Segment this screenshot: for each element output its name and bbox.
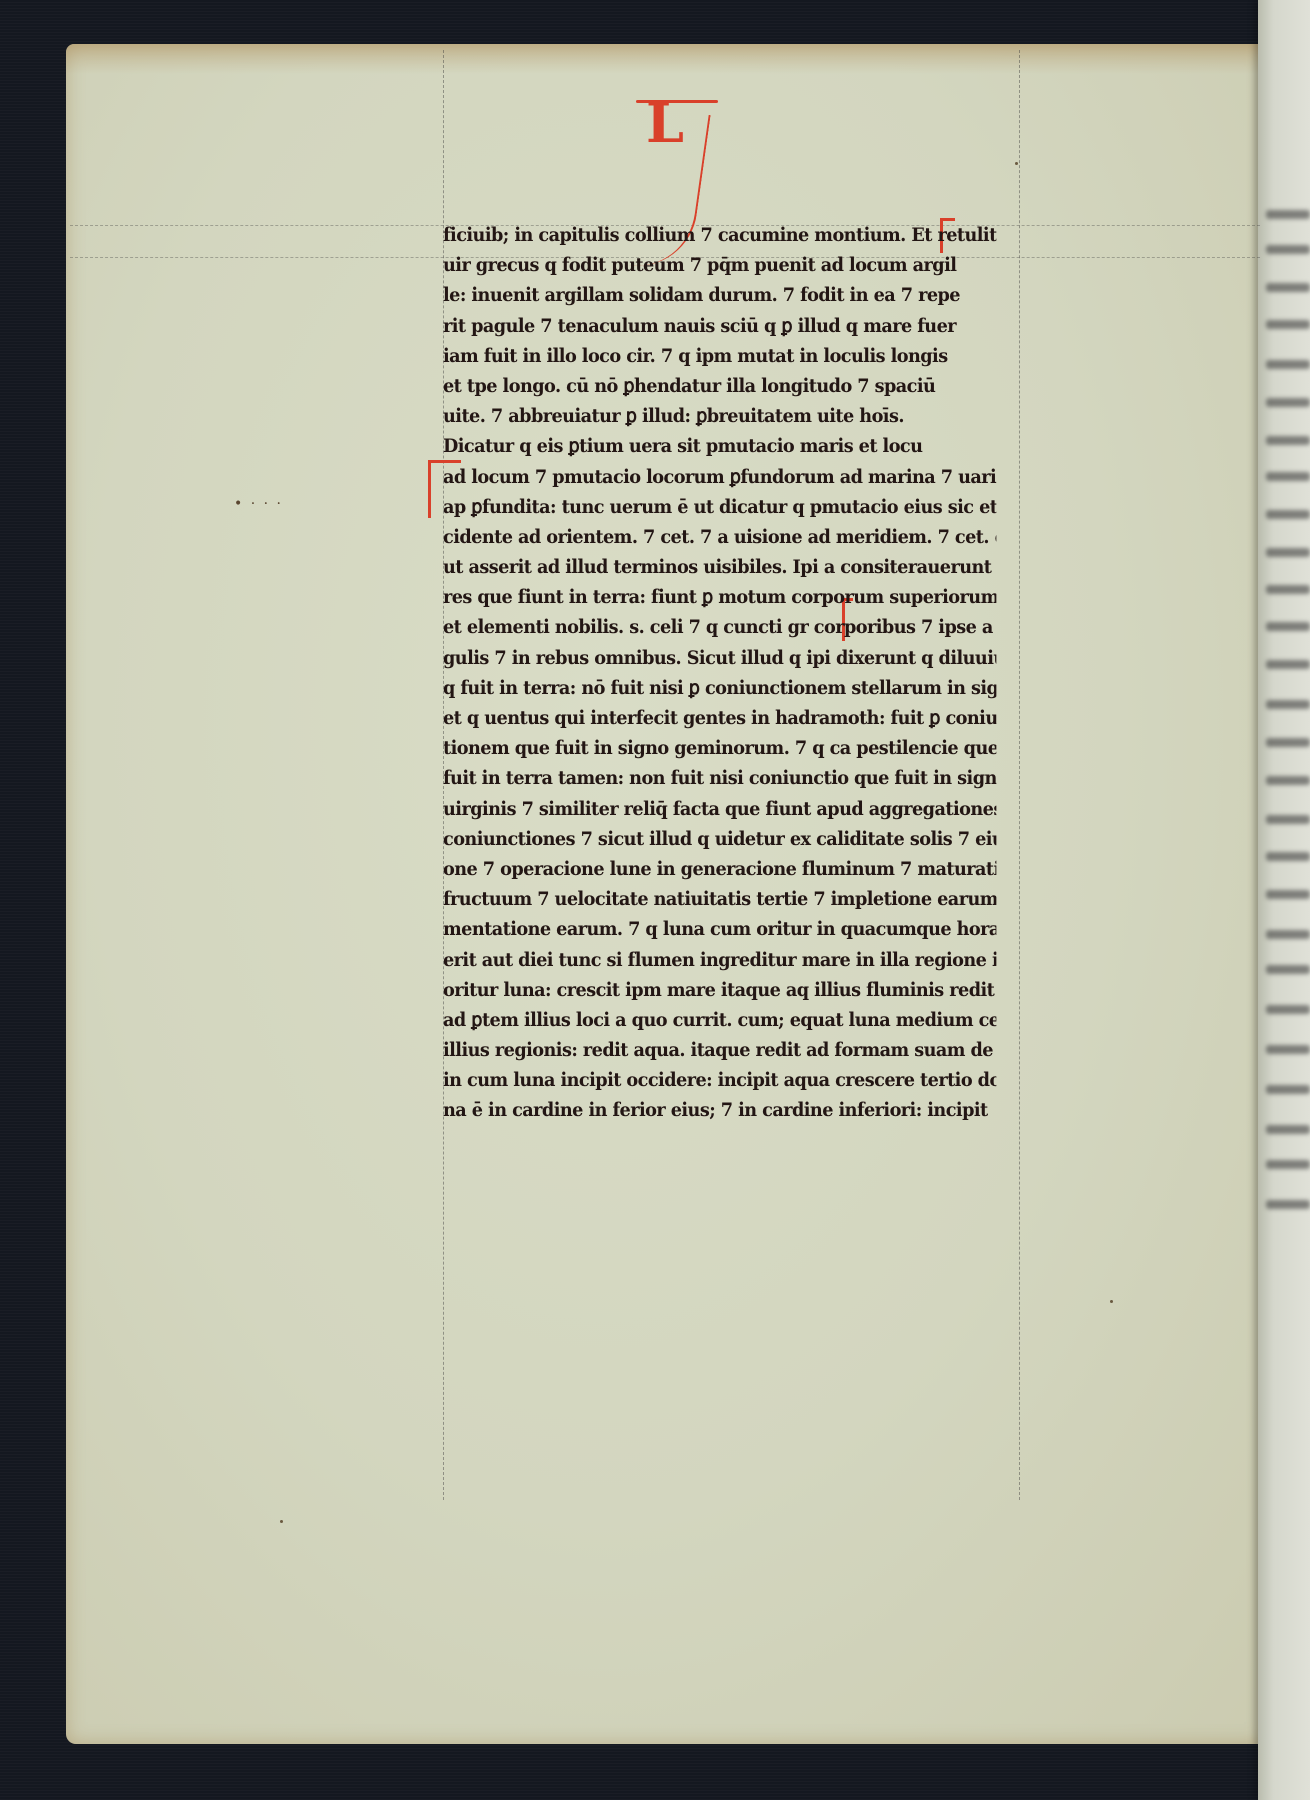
text-line: ad ꝑtem illius loci a quo currit. cum; e… [443, 1005, 996, 1035]
text-line: uite. 7 abbreuiatur ꝑ illud: ꝑbreuitatem… [443, 401, 996, 431]
text-line: one 7 operacione lune in generacione flu… [443, 854, 996, 884]
text-line: coniunctiones 7 sicut illud q uidetur ex… [443, 824, 996, 854]
text-line: na ē in cardine in ferior eius; 7 in car… [443, 1095, 996, 1125]
text-line: et elementi nobilis. s. celi 7 q cuncti … [443, 612, 996, 642]
text-line: Dicatur q eis ꝑtium uera sit pmutacio ma… [443, 431, 996, 461]
text-line: q fuit in terra: nō fuit nisi ꝑ coniunct… [443, 673, 996, 703]
text-line: illius regionis: redit aqua. itaque redi… [443, 1035, 996, 1065]
text-line: mentatione earum. 7 q luna cum oritur in… [443, 914, 996, 944]
text-line: ficiuib; in capitulis collium 7 cacumine… [443, 220, 996, 250]
text-line: gulis 7 in rebus omnibus. Sicut illud q … [443, 643, 996, 673]
text-line: res que fiunt in terra: fiunt ꝑ motum co… [443, 582, 996, 612]
text-block: ficiuib; in capitulis collium 7 cacumine… [443, 220, 1038, 1126]
text-line: ut asserit ad illud terminos uisibiles. … [443, 552, 996, 582]
text-line: in cum luna incipit occidere: incipit aq… [443, 1065, 996, 1095]
text-line: iam fuit in illo loco cir. 7 q ipm mutat… [443, 341, 996, 371]
text-line: et tpe longo. cū nō ꝑhendatur illa longi… [443, 371, 996, 401]
facing-page-edge [1258, 0, 1310, 1800]
text-line: fructuum 7 uelocitate natiuitatis tertie… [443, 884, 996, 914]
text-line: oritur luna: crescit ipm mare itaque aq … [443, 975, 996, 1005]
text-line: cidente ad orientem. 7 cet. 7 a uisione … [443, 522, 996, 552]
text-line: uirginis 7 similiter reliq̄ facta que fi… [443, 794, 996, 824]
text-line: erit aut diei tunc si flumen ingreditur … [443, 945, 996, 975]
text-line: fuit in terra tamen: non fuit nisi coniu… [443, 763, 996, 793]
text-line: rit pagule 7 tenaculum nauis sciū q ꝑ il… [443, 311, 996, 341]
text-line: tionem que fuit in signo geminorum. 7 q … [443, 733, 996, 763]
margin-mark: • · · · [234, 496, 283, 512]
text-line: et q uentus qui interfecit gentes in had… [443, 703, 996, 733]
text-line: uir grecus q fodit puteum 7 pq̄m puenit … [443, 250, 996, 280]
text-line: le: inuenit argillam solidam durum. 7 fo… [443, 280, 996, 310]
text-line: ad locum 7 pmutacio locorum ꝑfundorum ad… [443, 462, 996, 492]
text-line: ap ꝑfundita: tunc uerum ē ut dicatur q p… [443, 492, 996, 522]
